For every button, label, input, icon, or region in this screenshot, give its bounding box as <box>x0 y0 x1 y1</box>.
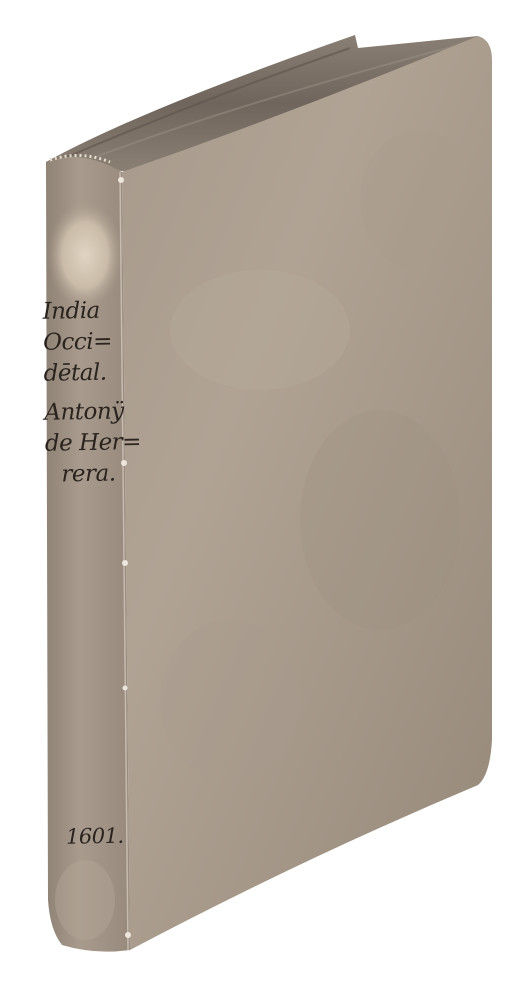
spine-line: Antonÿ <box>44 400 128 424</box>
book-illustration <box>0 0 529 1000</box>
spine-title: India Occi= dētal. Antonÿ de Her= rera. <box>42 299 129 486</box>
spine-line: India <box>42 299 126 323</box>
spine-line: de Her= <box>45 431 129 455</box>
spine-line: rera. <box>45 462 129 486</box>
spine-line: dētal. <box>43 361 127 385</box>
spine-line: Occi= <box>43 330 127 354</box>
spine-stain <box>47 200 123 310</box>
spine-date: 1601. <box>66 825 150 847</box>
book-photo: India Occi= dētal. Antonÿ de Her= rera. … <box>0 0 529 1000</box>
